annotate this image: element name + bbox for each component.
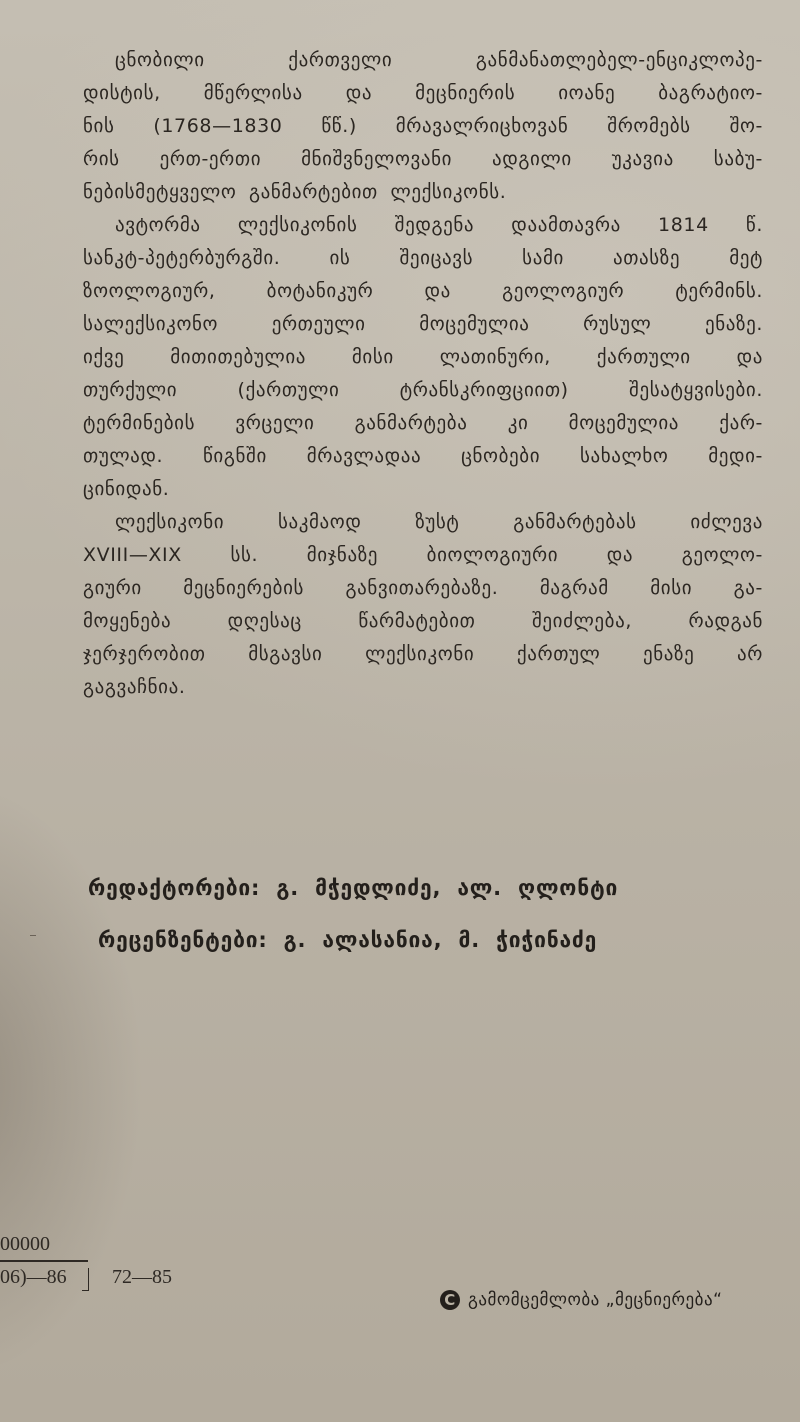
paragraph-2-line-4: სალექსიკონო ერთეული მოცემულია რუსულ ენაზ… xyxy=(83,311,763,337)
imprint-denominator: 06)—86 xyxy=(0,1266,67,1289)
page-mark xyxy=(30,935,36,936)
publisher-name: გამომცემლობა „მეცნიერება“ xyxy=(468,1290,722,1310)
paragraph-2-line-8: თულად. წიგნში მრავლადაა ცნობები სახალხო … xyxy=(83,443,763,469)
imprint-bracket xyxy=(82,1268,89,1291)
copyright-icon: C xyxy=(440,1290,460,1310)
imprint-code: 72—85 xyxy=(112,1266,172,1289)
book-page: ცნობილი ქართველი განმანათლებელ-ენციკლოპე… xyxy=(0,0,800,1422)
paragraph-2-line-6: თურქული (ქართული ტრანსკრიფციით) შესატყვი… xyxy=(83,377,763,403)
paragraph-2-line-7: ტერმინების ვრცელი განმარტება კი მოცემული… xyxy=(83,410,763,436)
paragraph-1-line-1: ცნობილი ქართველი განმანათლებელ-ენციკლოპე… xyxy=(115,47,763,73)
paragraph-1-line-3: ნის (1768—1830 წწ.) მრავალრიცხოვან შრომე… xyxy=(83,113,763,139)
paragraph-2-line-3: ზოოლოგიურ, ბოტანიკურ და გეოლოგიურ ტერმინ… xyxy=(83,278,763,304)
paragraph-3-line-2: XVIII—XIX სს. მიჯნაზე ბიოლოგიური და გეოლ… xyxy=(83,542,763,568)
paragraph-2-line-5: იქვე მითითებულია მისი ლათინური, ქართული … xyxy=(83,344,763,370)
paragraph-1-line-4: რის ერთ-ერთი მნიშვნელოვანი ადგილი უკავია… xyxy=(83,146,763,172)
paragraph-1-line-5: ნებისმეტყველო განმარტებით ლექსიკონს. xyxy=(83,179,763,205)
paragraph-2-line-2: სანკტ-პეტერბურგში. ის შეიცავს სამი ათასზ… xyxy=(83,245,763,271)
imprint-fraction-line xyxy=(0,1260,88,1262)
paragraph-3-line-5: ჯერჯერობით მსგავსი ლექსიკონი ქართულ ენაზ… xyxy=(83,641,763,667)
paragraph-3-line-3: გიური მეცნიერების განვითარებაზე. მაგრამ … xyxy=(83,575,763,601)
imprint-numerator: 00000 xyxy=(0,1233,50,1256)
paragraph-1-line-2: დისტის, მწერლისა და მეცნიერის იოანე ბაგრ… xyxy=(83,80,763,106)
paragraph-2-line-9: ცინიდან. xyxy=(83,476,763,502)
paragraph-3-line-1: ლექსიკონი საკმაოდ ზუსტ განმარტებას იძლევ… xyxy=(115,509,763,535)
editors-credit: რედაქტორები: გ. მჭედლიძე, ალ. ღლონტი xyxy=(88,874,618,902)
paragraph-3-line-4: მოყენება დღესაც წარმატებით შეიძლება, რად… xyxy=(83,608,763,634)
publisher-line: Cგამომცემლობა „მეცნიერება“ xyxy=(440,1290,722,1310)
reviewers-credit: რეცენზენტები: გ. ალასანია, მ. ჭიჭინაძე xyxy=(98,926,597,954)
paragraph-3-line-6: გაგვაჩნია. xyxy=(83,674,763,700)
paragraph-2-line-1: ავტორმა ლექსიკონის შედგენა დაამთავრა 181… xyxy=(115,212,763,238)
